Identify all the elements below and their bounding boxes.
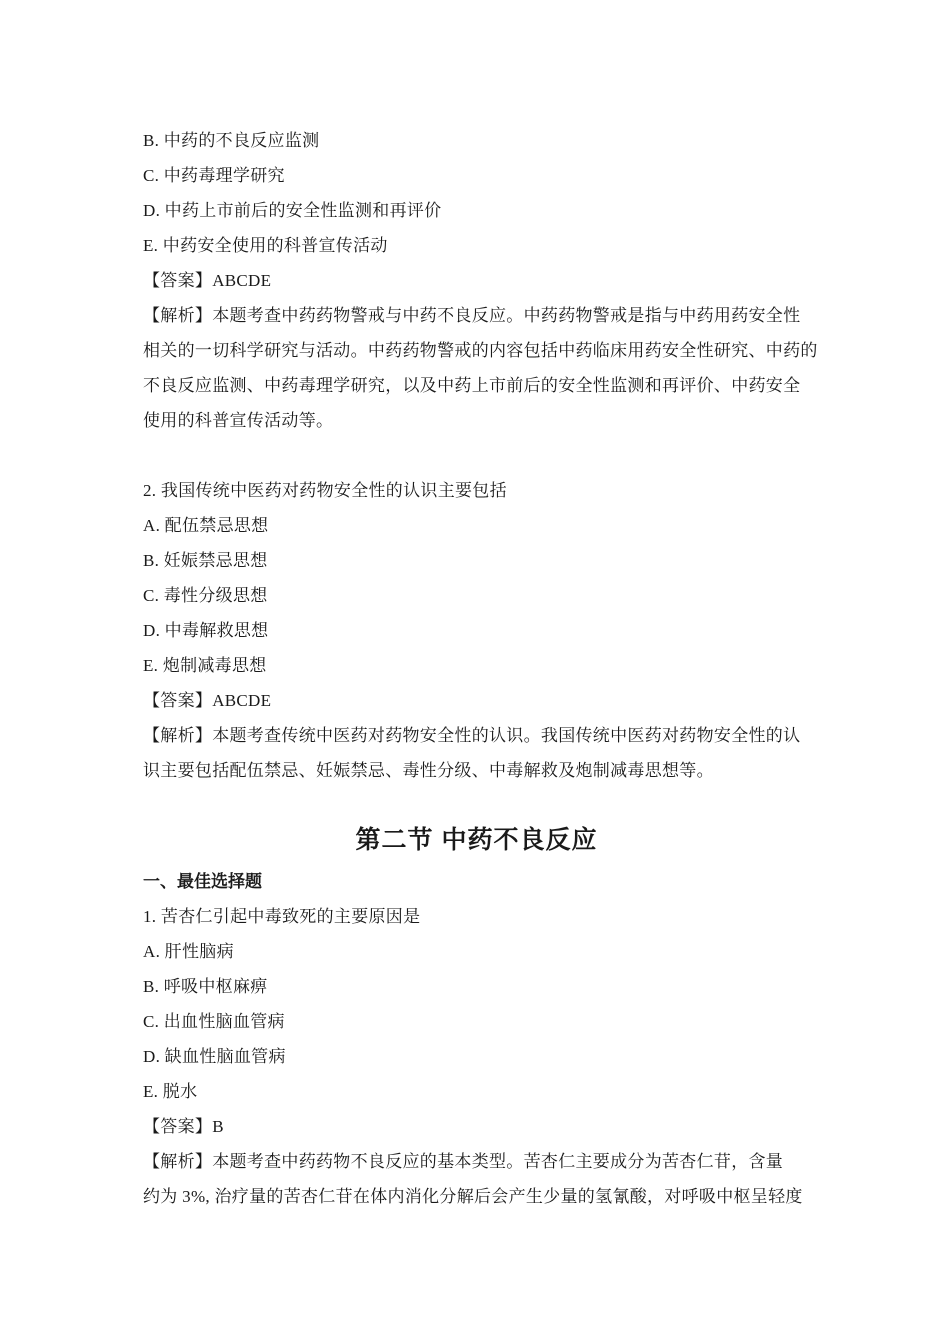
option-line: C. 毒性分级思想 xyxy=(143,578,810,613)
option-line: E. 炮制减毒思想 xyxy=(143,648,810,683)
analysis-line: 【解析】本题考查传统中医药对药物安全性的认识。我国传统中医药对药物安全性的认 xyxy=(143,718,810,753)
analysis-line: 相关的一切科学研究与活动。中药药物警戒的内容包括中药临床用药安全性研究、中药的 xyxy=(143,333,810,368)
section-heading: 第二节 中药不良反应 xyxy=(143,816,810,864)
question-stem: 2. 我国传统中医药对药物安全性的认识主要包括 xyxy=(143,473,810,508)
option-line: C. 中药毒理学研究 xyxy=(143,158,810,193)
option-line: B. 中药的不良反应监测 xyxy=(143,123,810,158)
option-line: E. 脱水 xyxy=(143,1074,810,1109)
option-line: B. 呼吸中枢麻痹 xyxy=(143,969,810,1004)
option-line: D. 缺血性脑血管病 xyxy=(143,1039,810,1074)
analysis-line: 不良反应监测、中药毒理学研究，以及中药上市前后的安全性监测和再评价、中药安全 xyxy=(143,368,810,403)
answer-line: 【答案】ABCDE xyxy=(143,683,810,718)
answer-line: 【答案】B xyxy=(143,1109,810,1144)
subsection-heading: 一、最佳选择题 xyxy=(143,864,810,899)
document-page: B. 中药的不良反应监测 C. 中药毒理学研究 D. 中药上市前后的安全性监测和… xyxy=(0,0,950,1344)
analysis-line: 约为 3%, 治疗量的苦杏仁苷在体内消化分解后会产生少量的氢氰酸，对呼吸中枢呈轻… xyxy=(143,1179,810,1214)
option-line: D. 中药上市前后的安全性监测和再评价 xyxy=(143,193,810,228)
option-line: D. 中毒解救思想 xyxy=(143,613,810,648)
analysis-line: 【解析】本题考查中药药物不良反应的基本类型。苦杏仁主要成分为苦杏仁苷，含量 xyxy=(143,1144,810,1179)
blank-line xyxy=(143,438,810,473)
option-line: E. 中药安全使用的科普宣传活动 xyxy=(143,228,810,263)
analysis-line: 【解析】本题考查中药药物警戒与中药不良反应。中药药物警戒是指与中药用药安全性 xyxy=(143,298,810,333)
answer-line: 【答案】ABCDE xyxy=(143,263,810,298)
option-line: C. 出血性脑血管病 xyxy=(143,1004,810,1039)
question-stem: 1. 苦杏仁引起中毒致死的主要原因是 xyxy=(143,899,810,934)
analysis-line: 使用的科普宣传活动等。 xyxy=(143,403,810,438)
option-line: A. 配伍禁忌思想 xyxy=(143,508,810,543)
option-line: B. 妊娠禁忌思想 xyxy=(143,543,810,578)
option-line: A. 肝性脑病 xyxy=(143,934,810,969)
analysis-line: 识主要包括配伍禁忌、妊娠禁忌、毒性分级、中毒解救及炮制减毒思想等。 xyxy=(143,753,810,788)
